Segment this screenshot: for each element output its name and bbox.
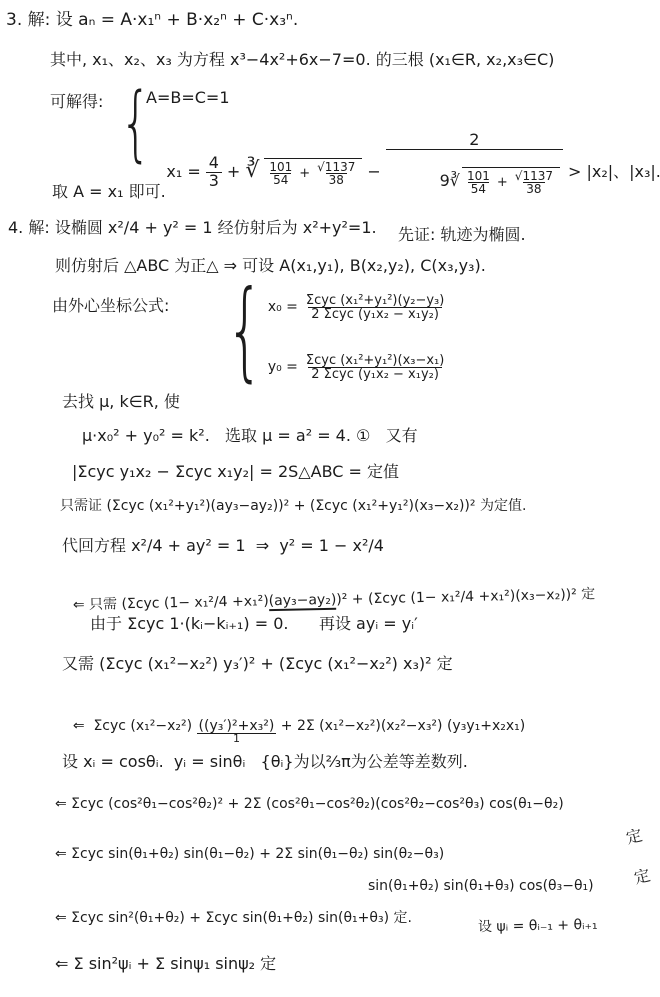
x0-fraction: Σcyc (x₁²+y₁²)(y₂−y₃) 2 Σcyc (y₁x₂ − x₁y… xyxy=(303,294,447,322)
x1-reciprocal-denominator: 9∛ 101 54 + √1137 38 xyxy=(386,149,563,213)
p3-conclusion: 取 A = x₁ 即可. xyxy=(52,182,166,202)
p4-circumcenter-label: 由外心坐标公式: xyxy=(52,296,169,316)
x1-minus: − xyxy=(367,162,380,182)
expand-unit-circle-term: ((y₃′)²+x₃²)1 xyxy=(197,719,277,745)
radicand2-fraction-b: √1137 38 xyxy=(512,170,556,196)
p4-need-to-prove-line: 只需证 (Σcyc (x₁²+y₁²)(ay₃−ay₂))² + (Σcyc (… xyxy=(60,498,526,516)
x1-comparison-tail: > |x₂|、|x₃|. xyxy=(568,162,660,182)
p4-ellipse-setup: 4. 解: 设椭圆 x²∕4 + y² = 1 经仿射后为 x²+y²=1. xyxy=(8,218,377,238)
p3-solve-label: 可解得: xyxy=(50,92,103,112)
p4-cos-line: ⇐ Σcyc (cos²θ₁−cos²θ₂)² + 2Σ (cos²θ₁−cos… xyxy=(55,796,564,814)
x1-radicand-1: 101 54 + √1137 38 xyxy=(264,158,362,187)
p4-trig-substitution-line: 设 xᵢ = cosθᵢ. yᵢ = sinθᵢ {θᵢ}为以⅔π为公差等差数列… xyxy=(62,752,468,772)
p4-area-invariant-line: |Σcyc y₁x₂ − Σcyc x₁y₂| = 2S△ABC = 定值 xyxy=(72,462,399,482)
radicand1-plus: + xyxy=(299,166,310,182)
p4-goal-note: 先证: 轨迹为椭圆. xyxy=(398,225,526,245)
x0-lhs: x₀ = xyxy=(268,299,298,317)
p4-y0-formula: y₀ = Σcyc (x₁²+y₁²)(x₃−x₁) 2 Σcyc (y₁x₂ … xyxy=(250,336,447,399)
p4-psi-definition: 设 ψᵢ = θᵢ₋₁ + θᵢ₊₁ xyxy=(478,917,598,937)
p4-find-mu-line: 去找 μ, k∈R, 使 xyxy=(62,392,180,412)
expand-suffix: + 2Σ (x₁²−x₂²)(x₂²−x₃²) (y₃y₁+x₂x₁) xyxy=(276,718,525,734)
reduce-suffix: )² + (Σcyc (1− x₁²∕4 +x₁²)(x₃−x₂))² 定 xyxy=(336,586,595,607)
p3-x1-equation: x₁ = 4 3 + ∛ 101 54 + √1137 38 − 2 xyxy=(146,112,660,233)
x1-plus: + xyxy=(227,162,240,182)
p4-x0-formula: x₀ = Σcyc (x₁²+y₁²)(y₂−y₃) 2 Σcyc (y₁x₂ … xyxy=(250,276,447,339)
unit-circle-value-note: 1 xyxy=(233,734,240,744)
y0-lhs: y₀ = xyxy=(268,359,298,377)
cos-line-fixed-mark: 定 xyxy=(623,822,644,848)
p4-substitute-line: 代回方程 x²∕4 + ay² = 1 ⇒ y² = 1 − x²∕4 xyxy=(62,536,384,556)
radicand2-plus: + xyxy=(497,176,508,190)
y0-fraction: Σcyc (x₁²+y₁²)(x₃−x₁) 2 Σcyc (y₁x₂ − x₁y… xyxy=(303,354,447,382)
radicand1-fraction-b: √1137 38 xyxy=(314,161,358,187)
x1-radicand-2: 101 54 + √1137 38 xyxy=(462,167,560,196)
x1-four-thirds-fraction: 4 3 xyxy=(206,155,222,190)
p4-need2-line: 又需 (Σcyc (x₁²−x₂²) y₃′)² + (Σcyc (x₁²−x₂… xyxy=(62,654,453,674)
p4-sin-squared-line: ⇐ Σcyc sin²(θ₁+θ₂) + Σcyc sin(θ₁+θ₂) sin… xyxy=(55,910,412,928)
radicand1-fraction-a: 101 54 xyxy=(266,161,295,187)
p4-choose-mu-line: μ·x₀² + y₀² = k². 选取 μ = a² = 4. ① 又有 xyxy=(82,426,418,446)
p4-since-line: 由于 Σcyc 1·(kᵢ−kᵢ₊₁) = 0. 再设 ayᵢ = yᵢ′ xyxy=(90,614,418,634)
x1-lhs: x₁ = xyxy=(166,162,200,182)
reduce-underlined-term: (ay₃−ay₂) xyxy=(269,591,337,610)
radicand2-fraction-a: 101 54 xyxy=(464,170,493,196)
reduce-prefix: ⇐ 只需 (Σcyc (1− x₁²∕4 +x₁²) xyxy=(73,593,269,613)
p3-cubic-roots-line: 其中, x₁、x₂、x₃ 为方程 x³−4x²+6x−7=0. 的三根 (x₁∈… xyxy=(50,50,554,70)
cube-root-sign: ∛ xyxy=(245,157,259,185)
p4-final-line: ⇐ Σ sin²ψᵢ + Σ sinψ₁ sinψ₂ 定 xyxy=(55,954,276,974)
p4-sin-continuation: sin(θ₁+θ₂) sin(θ₁+θ₃) cos(θ₃−θ₁) xyxy=(368,878,594,896)
x1-reciprocal-fraction: 2 9∛ 101 54 + √1137 38 xyxy=(386,132,563,213)
sin-line-fixed-mark: 定 xyxy=(631,862,652,888)
p3-abc-equation: A=B=C=1 xyxy=(146,88,230,108)
handwritten-notes-page: 3. 解: 设 aₙ = A·x₁ⁿ + B·x₂ⁿ + C·x₃ⁿ. 其中, … xyxy=(0,0,660,997)
p4-affine-triangle-line: 则仿射后 △ABC 为正△ ⇒ 可设 A(x₁,y₁), B(x₂,y₂), C… xyxy=(55,256,486,276)
p3-sequence-definition: 3. 解: 设 aₙ = A·x₁ⁿ + B·x₂ⁿ + C·x₃ⁿ. xyxy=(6,10,298,31)
p4-sin-line: ⇐ Σcyc sin(θ₁+θ₂) sin(θ₁−θ₂) + 2Σ sin(θ₁… xyxy=(55,846,444,864)
expand-prefix: ⇐ Σcyc (x₁²−x₂²) xyxy=(73,718,197,734)
nine-cbrt-prefix: 9∛ xyxy=(440,173,460,190)
